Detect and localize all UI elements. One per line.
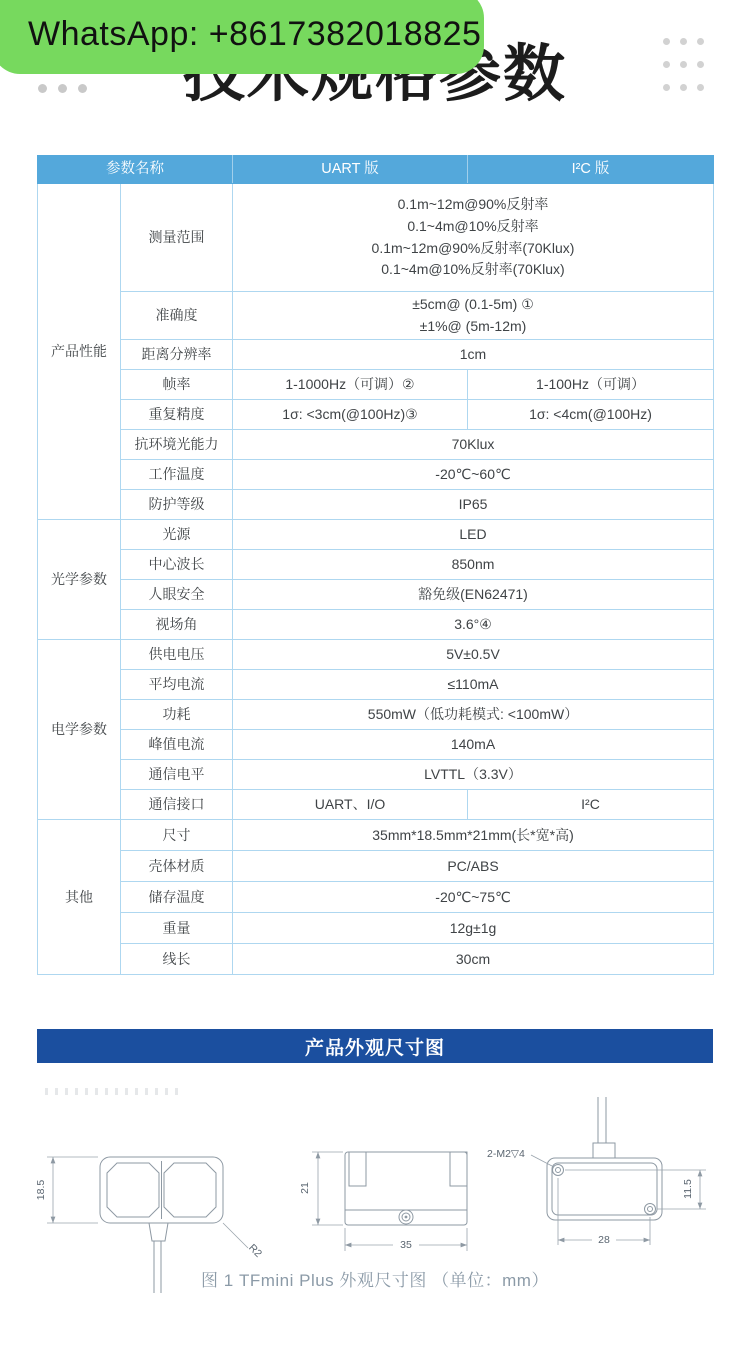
table-row: 储存温度 -20℃~75℃ <box>38 882 714 913</box>
table-row: 功耗 550mW（低功耗模式: <100mW） <box>38 700 714 730</box>
table-row: 峰值电流 140mA <box>38 730 714 760</box>
table-row: 工作温度 -20℃~60℃ <box>38 460 714 490</box>
table-row: 平均电流 ≤110mA <box>38 670 714 700</box>
side-view-drawing: 21 35 <box>299 1152 467 1251</box>
decor-dots-right <box>663 38 704 91</box>
row-label: 线长 <box>121 944 233 975</box>
decor-dots-left <box>38 84 87 93</box>
row-label: 防护等级 <box>121 490 233 520</box>
row-value-uart: 1-1000Hz（可调）② <box>233 370 468 400</box>
row-value: IP65 <box>233 490 714 520</box>
row-label: 测量范围 <box>121 184 233 292</box>
row-value: -20℃~60℃ <box>233 460 714 490</box>
table-row: 人眼安全 豁免级(EN62471) <box>38 580 714 610</box>
row-value: ≤110mA <box>233 670 714 700</box>
row-value: 30cm <box>233 944 714 975</box>
table-row: 壳体材质 PC/ABS <box>38 851 714 882</box>
row-value: 550mW（低功耗模式: <100mW） <box>233 700 714 730</box>
table-row: 中心波长 850nm <box>38 550 714 580</box>
row-value: 3.6°④ <box>233 610 714 640</box>
category-other: 其他 <box>38 820 121 975</box>
section-bar-dimensions: 产品外观尺寸图 <box>37 1029 713 1063</box>
row-label: 重复精度 <box>121 400 233 430</box>
spec-table-header-row: 参数名称 UART 版 I²C 版 <box>38 156 714 184</box>
figure-caption: 图 1 TFmini Plus 外观尺寸图 （单位：mm） <box>0 1266 750 1291</box>
whatsapp-contact-banner[interactable]: WhatsApp: +8617382018825 <box>0 0 484 74</box>
row-label: 通信接口 <box>121 790 233 820</box>
dim-screw-note: 2-M2▽4 <box>487 1148 525 1160</box>
row-label: 光源 <box>121 520 233 550</box>
dim-front-height: 18.5 <box>35 1180 47 1201</box>
row-label: 距离分辨率 <box>121 340 233 370</box>
row-value: 35mm*18.5mm*21mm(长*宽*高) <box>233 820 714 851</box>
row-value: 850nm <box>233 550 714 580</box>
row-value: 0.1m~12m@90%反射率 0.1~4m@10%反射率 0.1m~12m@9… <box>233 184 714 292</box>
row-value: 豁免级(EN62471) <box>233 580 714 610</box>
table-row: 防护等级 IP65 <box>38 490 714 520</box>
row-value: 5V±0.5V <box>233 640 714 670</box>
row-label: 工作温度 <box>121 460 233 490</box>
spec-table-container: 参数名称 UART 版 I²C 版 产品性能 测量范围 0.1m~12m@90%… <box>37 155 713 975</box>
row-value-uart: UART、I/O <box>233 790 468 820</box>
table-row: 通信电平 LVTTL（3.3V） <box>38 760 714 790</box>
header-uart-version: UART 版 <box>233 156 468 184</box>
row-label: 平均电流 <box>121 670 233 700</box>
row-label: 通信电平 <box>121 760 233 790</box>
row-label: 储存温度 <box>121 882 233 913</box>
row-label: 尺寸 <box>121 820 233 851</box>
row-value: PC/ABS <box>233 851 714 882</box>
row-value-uart: 1σ: <3cm(@100Hz)③ <box>233 400 468 430</box>
row-label: 峰值电流 <box>121 730 233 760</box>
page: 技术规格参数 WhatsApp: +8617382018825 参数名称 UAR… <box>0 0 750 1351</box>
table-row: 光学参数 光源 LED <box>38 520 714 550</box>
category-optical-params: 光学参数 <box>38 520 121 640</box>
table-row: 产品性能 测量范围 0.1m~12m@90%反射率 0.1~4m@10%反射率 … <box>38 184 714 292</box>
back-view-drawing: 2-M2▽4 11.5 28 <box>487 1097 706 1246</box>
row-value-i2c: I²C <box>468 790 714 820</box>
row-value: -20℃~75℃ <box>233 882 714 913</box>
row-label: 壳体材质 <box>121 851 233 882</box>
table-row: 帧率 1-1000Hz（可调）② 1-100Hz（可调） <box>38 370 714 400</box>
row-value-i2c: 1σ: <4cm(@100Hz) <box>468 400 714 430</box>
dim-front-radius: R2 <box>246 1242 264 1260</box>
row-value: LED <box>233 520 714 550</box>
dim-side-width: 35 <box>400 1239 412 1251</box>
spec-table: 参数名称 UART 版 I²C 版 产品性能 测量范围 0.1m~12m@90%… <box>37 155 714 975</box>
section-bar-title: 产品外观尺寸图 <box>305 1033 445 1060</box>
table-row: 准确度 ±5cm@ (0.1-5m) ① ±1%@ (5m-12m) <box>38 292 714 340</box>
row-value: ±5cm@ (0.1-5m) ① ±1%@ (5m-12m) <box>233 292 714 340</box>
table-row: 抗环境光能力 70Klux <box>38 430 714 460</box>
dim-side-height: 21 <box>299 1182 311 1194</box>
category-product-performance: 产品性能 <box>38 184 121 520</box>
whatsapp-number-label: WhatsApp: +8617382018825 <box>28 15 481 54</box>
table-row: 通信接口 UART、I/O I²C <box>38 790 714 820</box>
category-electrical-params: 电学参数 <box>38 640 121 820</box>
row-label: 抗环境光能力 <box>121 430 233 460</box>
row-value: 12g±1g <box>233 913 714 944</box>
row-value: 140mA <box>233 730 714 760</box>
table-row: 电学参数 供电电压 5V±0.5V <box>38 640 714 670</box>
row-label: 视场角 <box>121 610 233 640</box>
table-row: 距离分辨率 1cm <box>38 340 714 370</box>
row-label: 准确度 <box>121 292 233 340</box>
table-row: 重复精度 1σ: <3cm(@100Hz)③ 1σ: <4cm(@100Hz) <box>38 400 714 430</box>
row-value: 70Klux <box>233 430 714 460</box>
row-label: 人眼安全 <box>121 580 233 610</box>
header-param-name: 参数名称 <box>38 156 233 184</box>
row-label: 供电电压 <box>121 640 233 670</box>
row-value-i2c: 1-100Hz（可调） <box>468 370 714 400</box>
dim-back-hole-spacing: 28 <box>598 1234 610 1246</box>
table-row: 重量 12g±1g <box>38 913 714 944</box>
header-i2c-version: I²C 版 <box>468 156 714 184</box>
row-label: 帧率 <box>121 370 233 400</box>
dim-back-hole-offset: 11.5 <box>682 1179 694 1199</box>
row-label: 中心波长 <box>121 550 233 580</box>
row-value: LVTTL（3.3V） <box>233 760 714 790</box>
row-label: 功耗 <box>121 700 233 730</box>
table-row: 视场角 3.6°④ <box>38 610 714 640</box>
table-row: 其他 尺寸 35mm*18.5mm*21mm(长*宽*高) <box>38 820 714 851</box>
row-label: 重量 <box>121 913 233 944</box>
table-row: 线长 30cm <box>38 944 714 975</box>
row-value: 1cm <box>233 340 714 370</box>
